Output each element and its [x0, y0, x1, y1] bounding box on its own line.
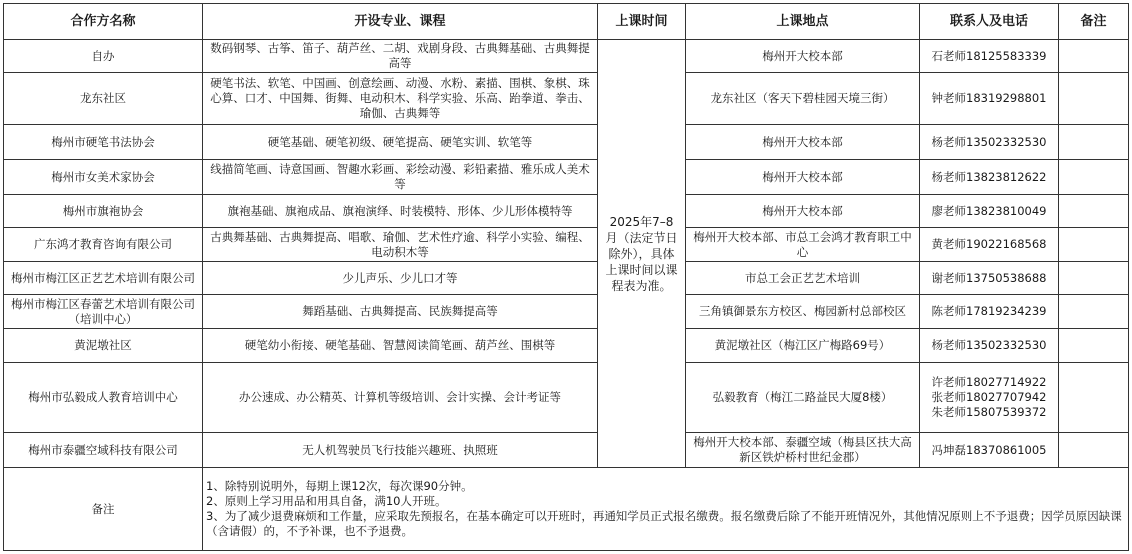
table-row: 自办 数码钢琴、古筝、笛子、葫芦丝、二胡、戏剧身段、古典舞基础、古典舞提高等 2… [4, 40, 1129, 73]
partner-cell: 黄泥墩社区 [4, 329, 203, 363]
table-row: 梅州市弘毅成人教育培训中心 办公速成、办公精英、计算机等级培训、会计实操、会计考… [4, 363, 1129, 433]
location-cell: 市总工会正艺艺术培训 [686, 262, 920, 295]
partner-cell: 梅州市泰疆空域科技有限公司 [4, 433, 203, 468]
table-row: 梅州市泰疆空域科技有限公司 无人机驾驶员飞行技能兴趣班、执照班 梅州开大校本部、… [4, 433, 1129, 468]
note-line-3: 3、为了减少退费麻烦和工作量，应采取先预报名，在基本确定可以开班时，再通知学员正… [206, 509, 1125, 539]
header-courses: 开设专业、课程 [203, 4, 598, 40]
location-cell: 弘毅教育（梅江二路益民大厦8楼） [686, 363, 920, 433]
courses-cell: 硬笔书法、软笔、中国画、创意绘画、动漫、水粉、素描、围棋、象棋、珠心算、口才、中… [203, 73, 598, 125]
remark-cell [1059, 195, 1129, 228]
contact-cell: 钟老师18319298801 [920, 73, 1059, 125]
partner-cell: 龙东社区 [4, 73, 203, 125]
remark-cell [1059, 228, 1129, 262]
table-row: 龙东社区 硬笔书法、软笔、中国画、创意绘画、动漫、水粉、素描、围棋、象棋、珠心算… [4, 73, 1129, 125]
remark-cell [1059, 363, 1129, 433]
table-row: 梅州市梅江区春蕾艺术培训有限公司（培训中心） 舞蹈基础、古典舞提高、民族舞提高等… [4, 295, 1129, 329]
courses-cell: 数码钢琴、古筝、笛子、葫芦丝、二胡、戏剧身段、古典舞基础、古典舞提高等 [203, 40, 598, 73]
contact-cell: 冯坤磊18370861005 [920, 433, 1059, 468]
remark-cell [1059, 295, 1129, 329]
notes-row: 备注 1、除特别说明外，每期上课12次，每次课90分钟。 2、原则上学习用品和用… [4, 468, 1129, 551]
courses-cell: 舞蹈基础、古典舞提高、民族舞提高等 [203, 295, 598, 329]
partner-cell: 梅州市弘毅成人教育培训中心 [4, 363, 203, 433]
remark-cell [1059, 125, 1129, 160]
partner-cell: 梅州市旗袍协会 [4, 195, 203, 228]
courses-cell: 办公速成、办公精英、计算机等级培训、会计实操、会计考证等 [203, 363, 598, 433]
courses-cell: 旗袍基础、旗袍成品、旗袍演绎、时装模特、形体、少儿形体模特等 [203, 195, 598, 228]
courses-cell: 硬笔幼小衔接、硬笔基础、智慧阅读简笔画、葫芦丝、围棋等 [203, 329, 598, 363]
remark-cell [1059, 40, 1129, 73]
contact-cell: 廖老师13823810049 [920, 195, 1059, 228]
course-table: 合作方名称 开设专业、课程 上课时间 上课地点 联系人及电话 备注 自办 数码钢… [3, 3, 1129, 551]
partner-cell: 梅州市梅江区正艺艺术培训有限公司 [4, 262, 203, 295]
table-row: 梅州市硬笔书法协会 硬笔基础、硬笔初级、硬笔提高、硬笔实训、软笔等 梅州开大校本… [4, 125, 1129, 160]
location-cell: 梅州开大校本部、泰疆空域（梅县区扶大高新区铁炉桥村世纪金郡） [686, 433, 920, 468]
remark-cell [1059, 160, 1129, 195]
contact-cell: 许老师18027714922 张老师18027707942 朱老师1580753… [920, 363, 1059, 433]
remark-cell [1059, 262, 1129, 295]
courses-cell: 古典舞基础、古典舞提高、唱歌、瑜伽、艺术性疗逾、科学小实验、编程、电动积木等 [203, 228, 598, 262]
courses-cell: 硬笔基础、硬笔初级、硬笔提高、硬笔实训、软笔等 [203, 125, 598, 160]
contact-cell: 黄老师19022168568 [920, 228, 1059, 262]
header-location: 上课地点 [686, 4, 920, 40]
remark-cell [1059, 329, 1129, 363]
partner-cell: 梅州市硬笔书法协会 [4, 125, 203, 160]
contact-line: 张老师18027707942 [922, 390, 1056, 405]
contact-cell: 陈老师17819234239 [920, 295, 1059, 329]
contact-cell: 石老师18125583339 [920, 40, 1059, 73]
table-row: 梅州市梅江区正艺艺术培训有限公司 少儿声乐、少儿口才等 市总工会正艺艺术培训 谢… [4, 262, 1129, 295]
location-cell: 黄泥墩社区（梅江区广梅路69号） [686, 329, 920, 363]
contact-line: 许老师18027714922 [922, 375, 1056, 390]
location-cell: 龙东社区（客天下碧桂园天境三街） [686, 73, 920, 125]
remark-cell [1059, 73, 1129, 125]
note-line-2: 2、原则上学习用品和用具自备，满10人开班。 [206, 494, 1125, 509]
table-row: 广东鸿才教育咨询有限公司 古典舞基础、古典舞提高、唱歌、瑜伽、艺术性疗逾、科学小… [4, 228, 1129, 262]
header-time: 上课时间 [598, 4, 686, 40]
location-cell: 梅州开大校本部 [686, 195, 920, 228]
partner-cell: 梅州市女美术家协会 [4, 160, 203, 195]
note-line-1: 1、除特别说明外，每期上课12次，每次课90分钟。 [206, 479, 1125, 494]
location-cell: 三角镇御景东方校区、梅园新村总部校区 [686, 295, 920, 329]
location-cell: 梅州开大校本部 [686, 125, 920, 160]
table-row: 梅州市女美术家协会 线描简笔画、诗意国画、智趣水彩画、彩绘动漫、彩铅素描、雅乐成… [4, 160, 1129, 195]
partner-cell: 广东鸿才教育咨询有限公司 [4, 228, 203, 262]
courses-cell: 少儿声乐、少儿口才等 [203, 262, 598, 295]
contact-cell: 谢老师13750538688 [920, 262, 1059, 295]
notes-content: 1、除特别说明外，每期上课12次，每次课90分钟。 2、原则上学习用品和用具自备… [203, 468, 1129, 551]
table-row: 梅州市旗袍协会 旗袍基础、旗袍成品、旗袍演绎、时装模特、形体、少儿形体模特等 梅… [4, 195, 1129, 228]
table-row: 黄泥墩社区 硬笔幼小衔接、硬笔基础、智慧阅读简笔画、葫芦丝、围棋等 黄泥墩社区（… [4, 329, 1129, 363]
schedule-cell: 2025年7–8月（法定节日除外），具体上课时间以课程表为准。 [598, 40, 686, 468]
courses-cell: 无人机驾驶员飞行技能兴趣班、执照班 [203, 433, 598, 468]
courses-cell: 线描简笔画、诗意国画、智趣水彩画、彩绘动漫、彩铅素描、雅乐成人美术等 [203, 160, 598, 195]
header-partner: 合作方名称 [4, 4, 203, 40]
header-row: 合作方名称 开设专业、课程 上课时间 上课地点 联系人及电话 备注 [4, 4, 1129, 40]
header-remark: 备注 [1059, 4, 1129, 40]
contact-cell: 杨老师13502332530 [920, 125, 1059, 160]
partner-cell: 梅州市梅江区春蕾艺术培训有限公司（培训中心） [4, 295, 203, 329]
contact-line: 朱老师15807539372 [922, 405, 1056, 420]
location-cell: 梅州开大校本部 [686, 160, 920, 195]
location-cell: 梅州开大校本部 [686, 40, 920, 73]
location-cell: 梅州开大校本部、市总工会鸿才教育职工中心 [686, 228, 920, 262]
partner-cell: 自办 [4, 40, 203, 73]
contact-cell: 杨老师13502332530 [920, 329, 1059, 363]
contact-cell: 杨老师13823812622 [920, 160, 1059, 195]
header-contact: 联系人及电话 [920, 4, 1059, 40]
remark-cell [1059, 433, 1129, 468]
notes-label: 备注 [4, 468, 203, 551]
